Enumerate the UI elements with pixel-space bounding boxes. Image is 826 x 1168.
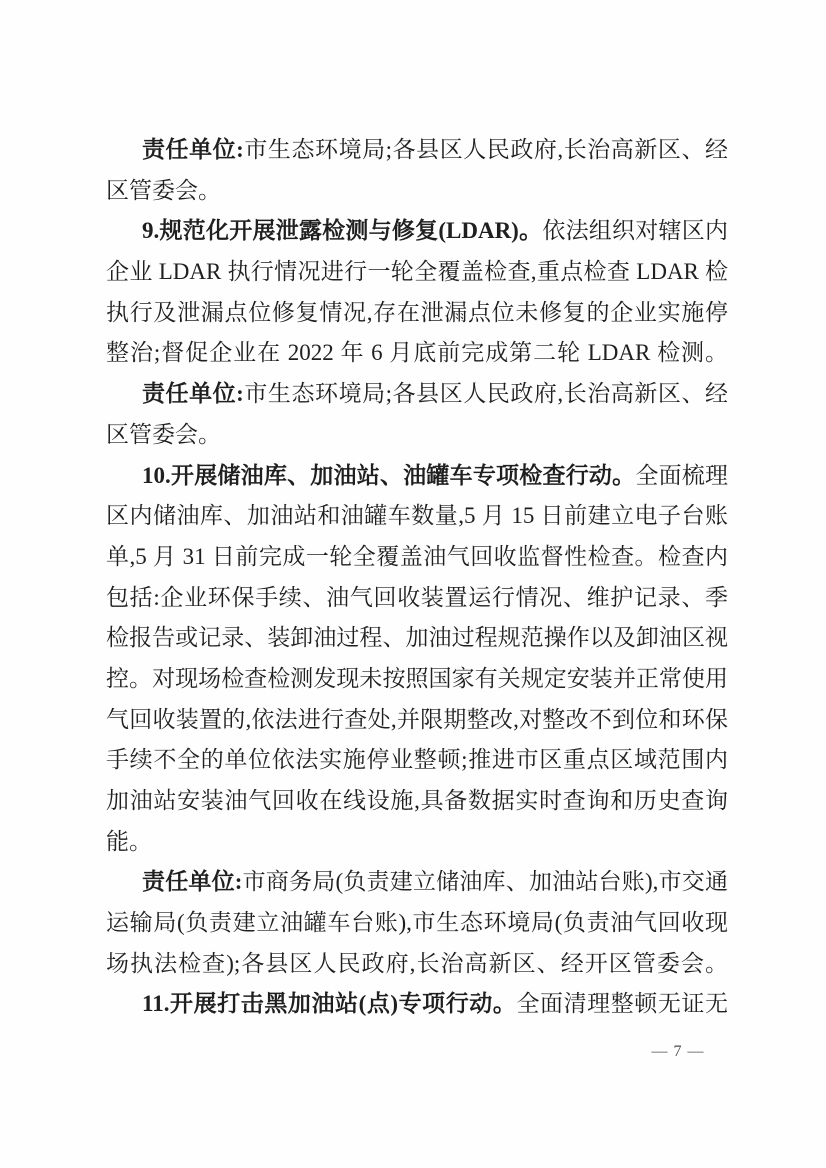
text-line: 整治;督促企业在 2022 年 6 月底前完成第二轮 LDAR 检测。	[106, 333, 728, 374]
text-line: 加油站安装油气回收在线设施,具备数据实时查询和历史查询功	[106, 781, 728, 822]
document-body: 责任单位:市生态环境局;各县区人民政府,长治高新区、经开区管委会。9.规范化开展…	[106, 130, 728, 1025]
text-line: 手续不全的单位依法实施停业整顿;推进市区重点区域范围内的	[106, 740, 728, 781]
text-line: 执行及泄漏点位修复情况,存在泄漏点位未修复的企业实施停产	[106, 293, 728, 334]
text-line: 10.开展储油库、加油站、油罐车专项检查行动。全面梳理辖	[106, 456, 728, 497]
text-run: 能。	[106, 829, 152, 854]
text-line: 9.规范化开展泄露检测与修复(LDAR)。依法组织对辖区内	[106, 211, 728, 252]
text-line: 能。	[106, 822, 728, 863]
bold-text-run: 11.开展打击黑加油站(点)专项行动。	[142, 991, 516, 1016]
text-line: 单,5 月 31 日前完成一轮全覆盖油气回收监督性检查。检查内容	[106, 537, 728, 578]
text-line: 区管委会。	[106, 415, 728, 456]
text-run: 检报告或记录、装卸油过程、加油过程规范操作以及卸油区视频监	[106, 625, 728, 659]
bold-text-run: 9.规范化开展泄露检测与修复(LDAR)。	[142, 218, 542, 243]
page-number: — 7 —	[640, 1040, 716, 1064]
text-run: 运输局(负责建立油罐车台账),市生态环境局(负责油气回收现	[106, 910, 728, 935]
text-run: 包括:企业环保手续、油气回收装置运行情况、维护记录、季度性自	[106, 585, 728, 619]
para-responsibility-3: 责任单位:市商务局(负责建立储油库、加油站台账),市交通运输局(负责建立油罐车台…	[106, 862, 728, 984]
text-run: 气回收装置的,依法进行查处,并限期整改,对整改不到位和环保	[106, 707, 728, 732]
text-run: 区内储油库、加油站和油罐车数量,5 月 15 日前建立电子台账清	[106, 503, 728, 537]
text-run: 依法组织对辖区内	[542, 218, 728, 243]
text-line: 责任单位:市生态环境局;各县区人民政府,长治高新区、经开	[106, 374, 728, 415]
para-item-11: 11.开展打击黑加油站(点)专项行动。全面清理整顿无证无	[106, 984, 728, 1025]
text-run: 加油站安装油气回收在线设施,具备数据实时查询和历史查询功	[106, 788, 728, 822]
text-run: 市商务局(负责建立储油库、加油站台账),市交通	[242, 869, 728, 894]
para-responsibility-2: 责任单位:市生态环境局;各县区人民政府,长治高新区、经开区管委会。	[106, 374, 728, 455]
text-line: 责任单位:市生态环境局;各县区人民政府,长治高新区、经开	[106, 130, 728, 171]
text-line: 企业 LDAR 执行情况进行一轮全覆盖检查,重点检查 LDAR 检测	[106, 252, 728, 293]
text-line: 检报告或记录、装卸油过程、加油过程规范操作以及卸油区视频监	[106, 618, 728, 659]
text-run: 整治;督促企业在 2022 年 6 月底前完成第二轮 LDAR 检测。	[106, 340, 728, 365]
text-run: 单,5 月 31 日前完成一轮全覆盖油气回收监督性检查。检查内容	[106, 544, 728, 578]
bold-text-run: 责任单位:	[142, 381, 244, 406]
text-run: 场执法检查);各县区人民政府,长治高新区、经开区管委会。	[106, 951, 728, 976]
text-line: 控。对现场检查检测发现未按照国家有关规定安装并正常使用油	[106, 659, 728, 700]
text-run: 区管委会。	[106, 422, 221, 447]
para-item-9: 9.规范化开展泄露检测与修复(LDAR)。依法组织对辖区内企业 LDAR 执行情…	[106, 211, 728, 374]
para-item-10: 10.开展储油库、加油站、油罐车专项检查行动。全面梳理辖区内储油库、加油站和油罐…	[106, 456, 728, 863]
para-responsibility-1: 责任单位:市生态环境局;各县区人民政府,长治高新区、经开区管委会。	[106, 130, 728, 211]
text-run: 区管委会。	[106, 178, 221, 203]
text-run: 企业 LDAR 执行情况进行一轮全覆盖检查,重点检查 LDAR 检测	[106, 259, 728, 293]
text-run: 执行及泄漏点位修复情况,存在泄漏点位未修复的企业实施停产	[106, 300, 728, 334]
text-line: 场执法检查);各县区人民政府,长治高新区、经开区管委会。	[106, 944, 728, 985]
document-page: 责任单位:市生态环境局;各县区人民政府,长治高新区、经开区管委会。9.规范化开展…	[0, 0, 826, 1168]
text-run: 全面清理整顿无证无	[516, 991, 728, 1016]
text-line: 责任单位:市商务局(负责建立储油库、加油站台账),市交通	[106, 862, 728, 903]
text-line: 11.开展打击黑加油站(点)专项行动。全面清理整顿无证无	[106, 984, 728, 1025]
text-line: 运输局(负责建立油罐车台账),市生态环境局(负责油气回收现	[106, 903, 728, 944]
text-run: 控。对现场检查检测发现未按照国家有关规定安装并正常使用油	[106, 666, 728, 700]
text-line: 包括:企业环保手续、油气回收装置运行情况、维护记录、季度性自	[106, 578, 728, 619]
text-run: 手续不全的单位依法实施停业整顿;推进市区重点区域范围内的	[106, 747, 728, 781]
text-line: 气回收装置的,依法进行查处,并限期整改,对整改不到位和环保	[106, 700, 728, 741]
text-line: 区内储油库、加油站和油罐车数量,5 月 15 日前建立电子台账清	[106, 496, 728, 537]
bold-text-run: 10.开展储油库、加油站、油罐车专项检查行动。	[142, 463, 635, 488]
bold-text-run: 责任单位:	[142, 869, 242, 894]
bold-text-run: 责任单位:	[142, 137, 244, 162]
text-line: 区管委会。	[106, 171, 728, 212]
